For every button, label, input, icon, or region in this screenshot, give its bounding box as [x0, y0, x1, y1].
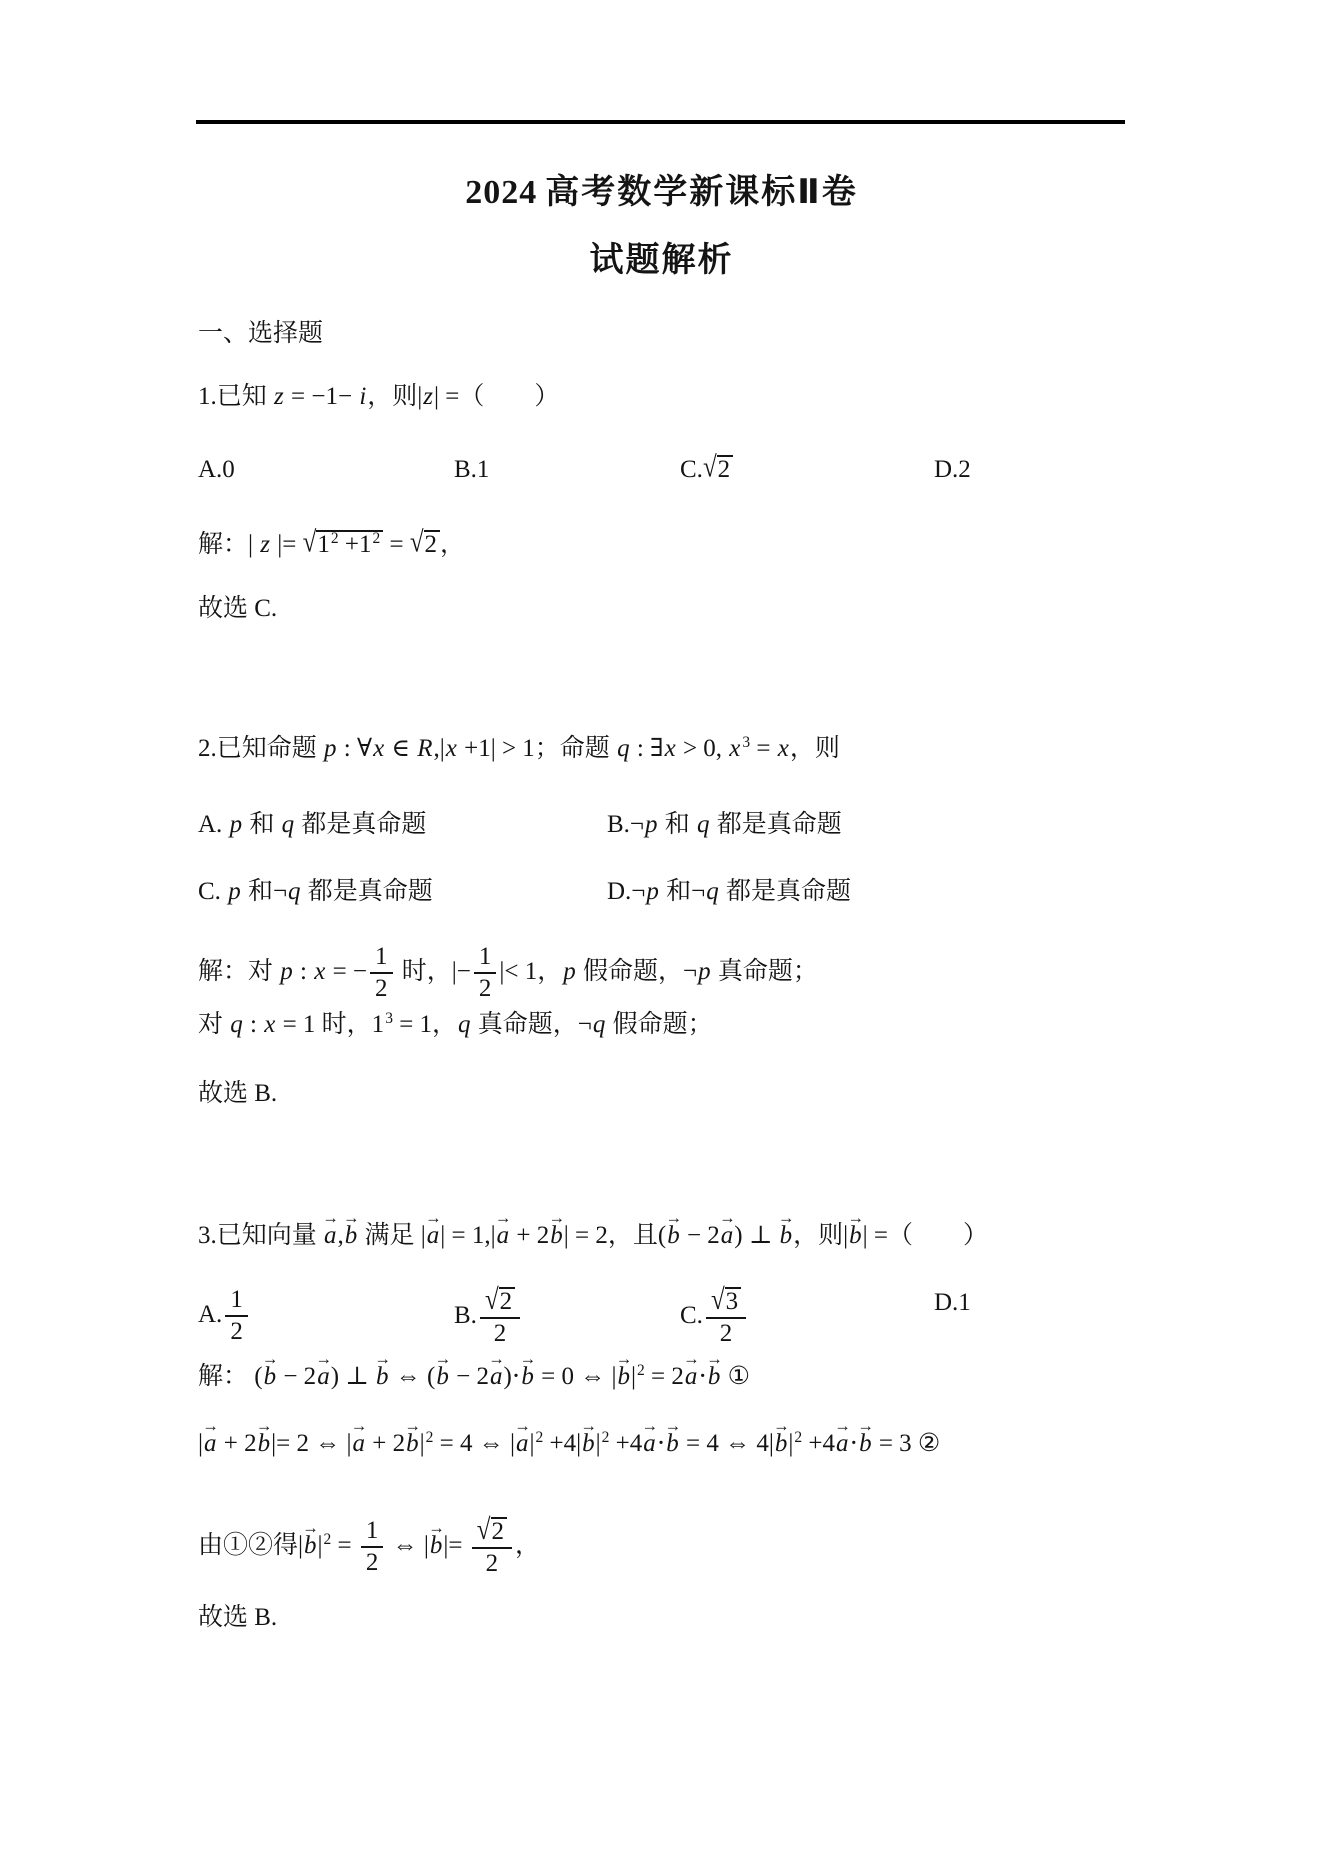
- question-2-option-c: C. p 和¬q 都是真命题: [198, 876, 433, 909]
- question-2-solution-line-1: 解：对 p : x = −12 时，|−12|< 1，p 假命题，¬p 真命题；: [198, 944, 818, 1003]
- question-2-option-a: A. p 和 q 都是真命题: [198, 809, 426, 842]
- section-heading: 一、选择题: [198, 318, 323, 351]
- question-3-answer: 故选 B.: [198, 1602, 277, 1635]
- question-2-solution-line-2: 对 q : x = 1 时，13 = 1，q 真命题，¬q 假命题；: [198, 1009, 713, 1042]
- question-3-option-b: B.√22: [454, 1287, 523, 1348]
- question-3-solution-line-3: 由①②得|→b|2 = 12 ⇔ |→b|= √22，: [198, 1517, 540, 1578]
- exam-title-text: 高考数学新课标Ⅱ卷: [545, 173, 857, 211]
- question-1-option-a: A.0: [198, 454, 235, 487]
- exam-page: 2024高考数学新课标Ⅱ卷 试题解析 一、选择题 1.已知 z = −1− i，…: [0, 0, 1323, 1871]
- question-3-solution-line-2: |→a + 2→b|= 2 ⇔ |→a + 2→b|2 = 4 ⇔ |→a|2 …: [198, 1428, 940, 1461]
- question-3-option-d: D.1: [934, 1287, 971, 1320]
- question-1-stem: 1.已知 z = −1− i，则|z| =（ ）: [198, 381, 559, 414]
- header-rule: [196, 120, 1125, 124]
- question-2-answer: 故选 B.: [198, 1078, 277, 1111]
- question-3-stem: 3.已知向量 →a,→b 满足 |→a| = 1,|→a + 2→b| = 2，…: [198, 1220, 988, 1253]
- question-1-option-b: B.1: [454, 454, 489, 487]
- question-2-stem: 2.已知命题 p : ∀x ∈ R,|x +1| > 1；命题 q : ∃x >…: [198, 733, 840, 766]
- question-2-option-d: D.¬p 和¬q 都是真命题: [607, 876, 851, 909]
- exam-subtitle: 试题解析: [0, 238, 1323, 282]
- exam-title: 2024高考数学新课标Ⅱ卷: [0, 170, 1323, 215]
- question-3-option-c: C.√32: [680, 1287, 749, 1348]
- question-3-option-a: A.12: [198, 1287, 251, 1346]
- question-1-option-c: C.√2: [680, 454, 733, 487]
- question-3-solution-line-1: 解： (→b − 2→a) ⊥ →b ⇔ (→b − 2→a)⋅→b = 0 ⇔…: [198, 1361, 750, 1394]
- question-2-option-b: B.¬p 和 q 都是真命题: [607, 809, 842, 842]
- question-1-answer: 故选 C.: [198, 593, 277, 626]
- exam-title-year: 2024: [465, 174, 537, 211]
- question-1-solution-line-1: 解：| z |= √12 +12 = √2，: [198, 529, 465, 562]
- question-1-option-d: D.2: [934, 454, 971, 487]
